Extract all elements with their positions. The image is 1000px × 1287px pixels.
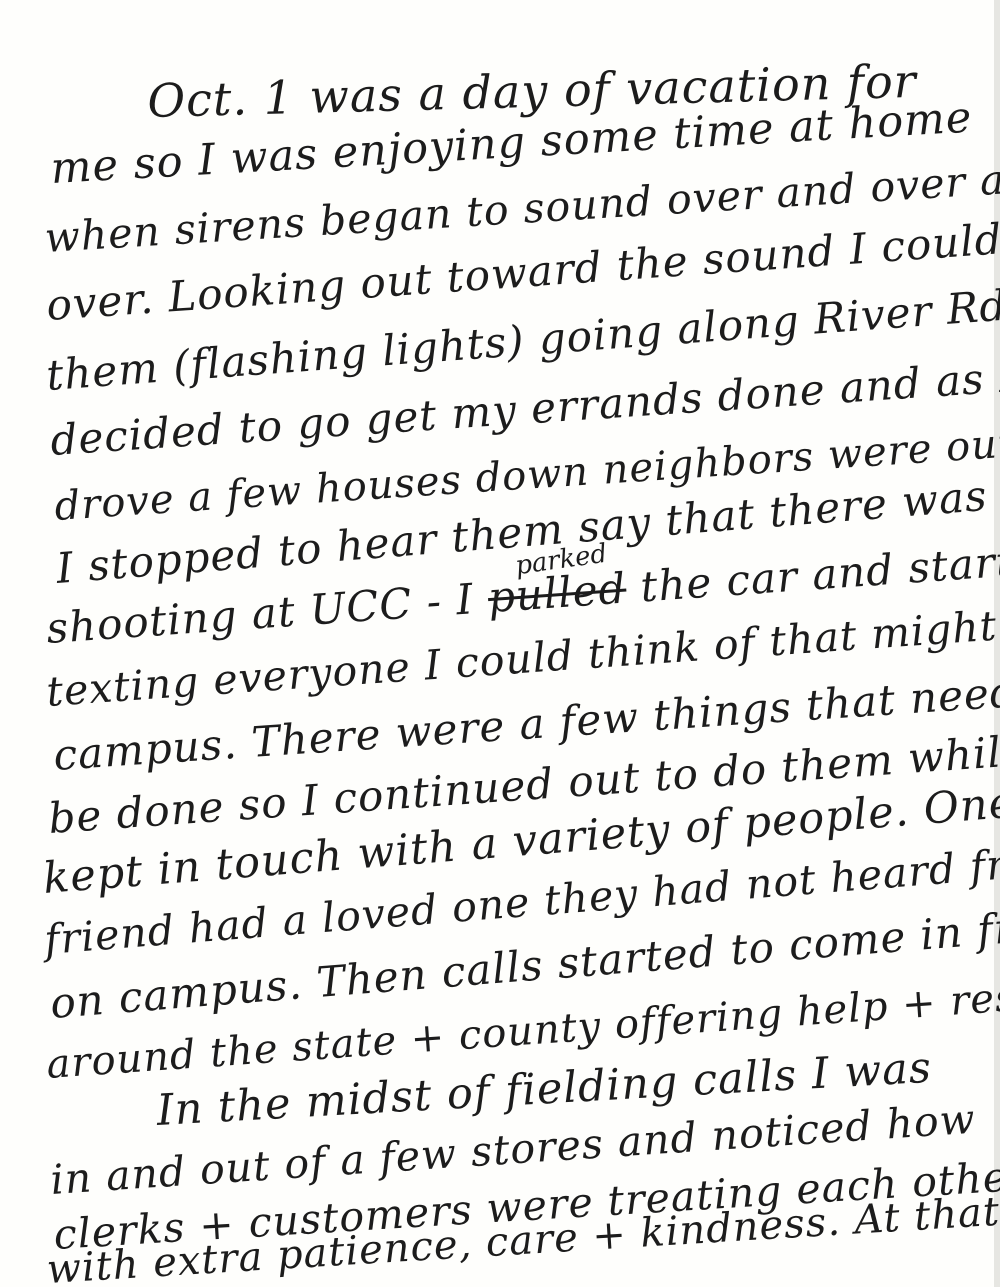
line-9-after: the car and started <box>624 533 1000 613</box>
handwritten-page: Oct. 1 was a day of vacation for me so I… <box>0 0 1000 1287</box>
struck-word: pulled <box>486 564 628 623</box>
